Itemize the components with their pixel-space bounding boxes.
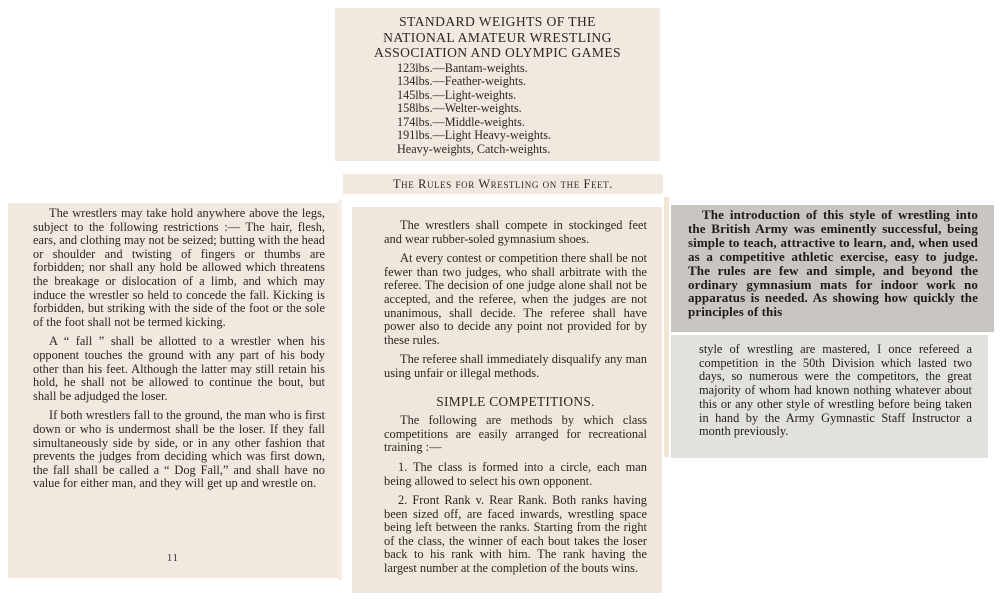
weight-class-item: 174lbs.—Middle-weights.	[397, 116, 660, 130]
standard-weights-panel: STANDARD WEIGHTS OF THE NATIONAL AMATEUR…	[335, 8, 660, 161]
numbered-item: 1. The class is formed into a circle, ea…	[384, 461, 647, 488]
weights-title: STANDARD WEIGHTS OF THE NATIONAL AMATEUR…	[335, 14, 660, 61]
rules-heading: The Rules for Wrestling on the Feet.	[343, 177, 663, 192]
numbered-item: 2. Front Rank v. Rear Rank. Both ranks h…	[384, 494, 647, 576]
paragraph: At every contest or competition there sh…	[384, 252, 647, 347]
weight-class-item: 191lbs.—Light Heavy-weights.	[397, 129, 660, 143]
weights-title-line: STANDARD WEIGHTS OF THE	[335, 14, 660, 30]
page-number: 11	[8, 553, 338, 564]
left-page-scan: The wrestlers may take hold anywhere abo…	[8, 203, 338, 578]
middle-page-scan: The wrestlers shall compete in stockinge…	[352, 207, 662, 593]
weight-class-item: 134lbs.—Feather-weights.	[397, 75, 660, 89]
paragraph: The wrestlers may take hold anywhere abo…	[33, 207, 325, 329]
middle-page-text: The wrestlers shall compete in stockinge…	[384, 219, 647, 576]
page-edge	[338, 200, 342, 580]
page-edge	[664, 197, 669, 457]
right-top-scan: The introduction of this style of wrestl…	[671, 205, 994, 332]
paragraph: If both wrestlers fall to the ground, th…	[33, 409, 325, 491]
rules-heading-strip: The Rules for Wrestling on the Feet.	[343, 174, 663, 194]
right-top-text: The introduction of this style of wrestl…	[688, 208, 978, 319]
weight-class-item: 158lbs.—Welter-weights.	[397, 102, 660, 116]
weight-class-item: 123lbs.—Bantam-weights.	[397, 62, 660, 76]
paragraph: style of wrestling are mastered, I once …	[699, 343, 972, 439]
paragraph: The introduction of this style of wrestl…	[688, 208, 978, 319]
weight-class-item: 145lbs.—Light-weights.	[397, 89, 660, 103]
paragraph: The referee shall immediately disqualify…	[384, 353, 647, 380]
right-bottom-text: style of wrestling are mastered, I once …	[699, 343, 972, 439]
weights-title-line: ASSOCIATION AND OLYMPIC GAMES	[335, 45, 660, 61]
right-bottom-scan: style of wrestling are mastered, I once …	[671, 335, 988, 458]
weight-classes-list: 123lbs.—Bantam-weights. 134lbs.—Feather-…	[397, 62, 660, 144]
paragraph: The following are methods by which class…	[384, 414, 647, 455]
left-page-text: The wrestlers may take hold anywhere abo…	[33, 207, 325, 491]
paragraph: A “ fall ” shall be allotted to a wrestl…	[33, 335, 325, 403]
weight-class-last-line: Heavy-weights, Catch-weights.	[397, 143, 660, 157]
paragraph: The wrestlers shall compete in stockinge…	[384, 219, 647, 246]
weights-title-line: NATIONAL AMATEUR WRESTLING	[335, 30, 660, 46]
section-heading: SIMPLE COMPETITIONS.	[384, 395, 647, 409]
